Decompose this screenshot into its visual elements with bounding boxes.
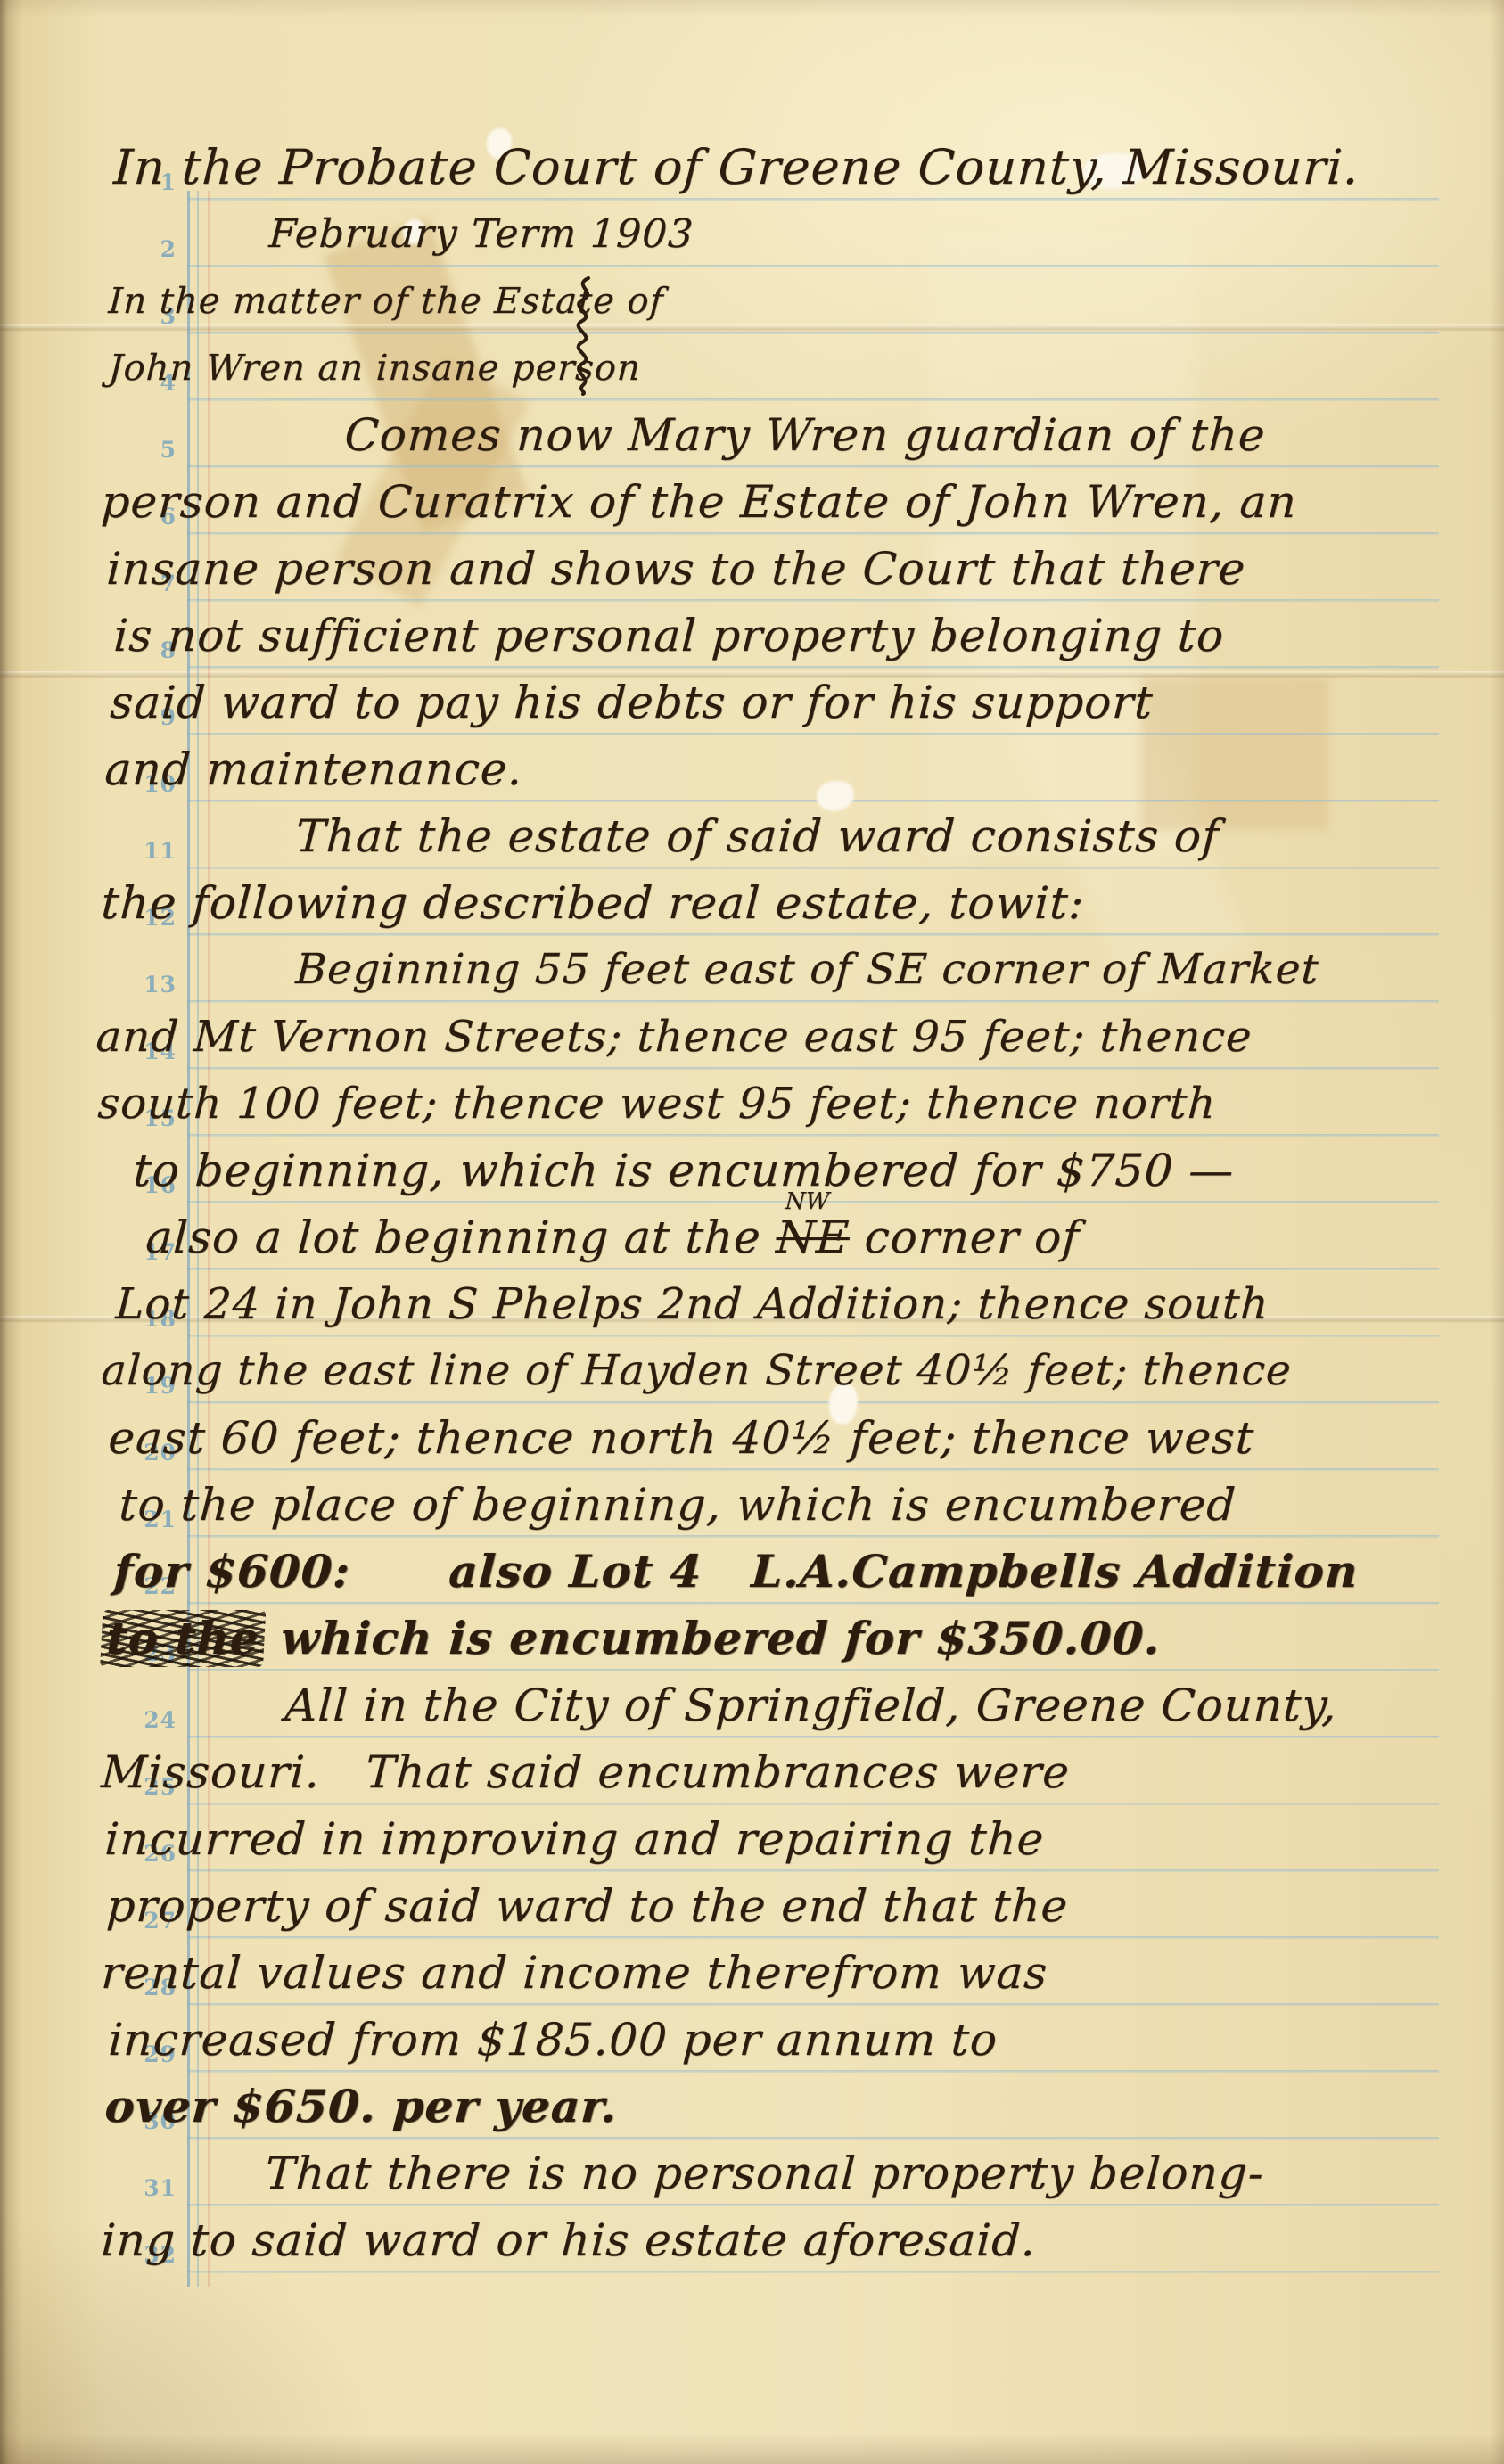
hand-line: over $650. per year. <box>103 2078 619 2135</box>
hand-line: incurred in improving and repairing the <box>103 1811 1046 1868</box>
margin-number: 24 <box>105 1707 177 1733</box>
hand-line: increased from $185.00 per annum to <box>107 2011 999 2068</box>
rule-line <box>187 1869 1439 1872</box>
rule-line <box>187 733 1439 735</box>
rule-line <box>187 198 1439 201</box>
hand-line: south 100 feet; thence west 95 feet; the… <box>96 1075 1218 1132</box>
rule-line <box>187 1535 1439 1538</box>
hand-line: rental values and income therefrom was <box>100 1944 1049 2001</box>
inserted-correction: NW <box>785 1190 830 1213</box>
rule-line <box>187 1936 1439 1939</box>
margin-number: 5 <box>105 437 177 463</box>
rule-line <box>187 1602 1439 1605</box>
brace-squiggle <box>562 275 601 396</box>
hand-line: is not sufficient personal property belo… <box>112 607 1226 664</box>
rule-line <box>187 532 1439 535</box>
hand-line: In the Probate Court of Greene County, M… <box>112 139 1360 196</box>
rule-line <box>187 666 1439 669</box>
hand-line: and maintenance. <box>103 741 524 798</box>
rule-line <box>187 1401 1439 1404</box>
hand-line: Lot 24 in John S Phelps 2nd Addition; th… <box>114 1276 1270 1333</box>
scribbled-out-text: to the <box>100 1610 266 1667</box>
margin-number: 2 <box>105 236 177 262</box>
margin-number: 11 <box>105 838 177 864</box>
hand-line: along the east line of Hayden Street 40½… <box>100 1343 1293 1400</box>
hand-line: east 60 feet; thence north 40½ feet; the… <box>107 1409 1256 1466</box>
rule-line <box>187 2271 1439 2273</box>
hand-line: to the place of beginning, which is encu… <box>118 1476 1237 1533</box>
hand-line: to the which is encumbered for $350.00. <box>100 1610 1162 1667</box>
margin-number: 13 <box>105 972 177 998</box>
hand-text: corner of <box>848 1211 1081 1263</box>
hand-line: insane person and shows to the Court tha… <box>105 540 1247 597</box>
hand-line: All in the City of Springfield, Greene C… <box>284 1677 1338 1734</box>
rule-line <box>187 599 1439 602</box>
rule-line <box>187 1000 1439 1003</box>
rule-line <box>187 1468 1439 1471</box>
hand-line: person and Curatrix of the Estate of Joh… <box>100 473 1298 530</box>
hand-line: That there is no personal property belon… <box>264 2145 1265 2202</box>
rule-line <box>187 1134 1439 1137</box>
hand-line: Comes now Mary Wren guardian of the <box>343 407 1267 464</box>
rule-line <box>187 2003 1439 2006</box>
rule-line <box>187 1268 1439 1270</box>
rule-line <box>187 1669 1439 1671</box>
hand-line: Missouri. That said encumbrances were <box>100 1744 1072 1801</box>
rule-line <box>187 465 1439 468</box>
rule-line <box>187 1335 1439 1337</box>
hand-line: property of said ward to the end that th… <box>105 1877 1070 1934</box>
paper-damage-spot <box>817 781 854 811</box>
rule-line <box>187 2204 1439 2206</box>
rule-line <box>187 867 1439 869</box>
hand-line: to beginning, which is encumbered for $7… <box>132 1142 1236 1199</box>
hand-text: also a lot beginning at the <box>144 1211 777 1263</box>
rule-line <box>187 332 1439 334</box>
hand-line: for $600: also Lot 4 L.A.Campbells Addit… <box>112 1543 1360 1600</box>
rule-line <box>187 2070 1439 2073</box>
struck-text: NENW <box>775 1211 851 1263</box>
rule-line <box>187 1067 1439 1070</box>
tape-stain <box>1141 678 1328 829</box>
hand-line: also a lot beginning at the NENW corner … <box>144 1209 1081 1266</box>
hand-text: which is encumbered for $350.00. <box>263 1612 1162 1664</box>
hand-line: That the estate of said ward consists of <box>294 808 1220 865</box>
hand-line: Beginning 55 feet east of SE corner of M… <box>294 941 1320 998</box>
document-page: 1234567891011121314151617181920212223242… <box>0 0 1504 2464</box>
hand-line: ing to said ward or his estate aforesaid… <box>100 2212 1038 2269</box>
rule-line <box>187 1736 1439 1738</box>
rule-line <box>187 2137 1439 2140</box>
rule-line <box>187 800 1439 802</box>
hand-line: February Term 1903 <box>267 206 695 263</box>
rule-line <box>187 398 1439 401</box>
rule-line <box>187 1803 1439 1805</box>
hand-line: the following described real estate, tow… <box>100 875 1086 932</box>
hand-line: and Mt Vernon Streets; thence east 95 fe… <box>95 1008 1253 1065</box>
margin-number: 31 <box>105 2175 177 2201</box>
hand-line: said ward to pay his debts or for his su… <box>109 674 1155 731</box>
rule-line <box>187 933 1439 936</box>
rule-line <box>187 265 1439 267</box>
